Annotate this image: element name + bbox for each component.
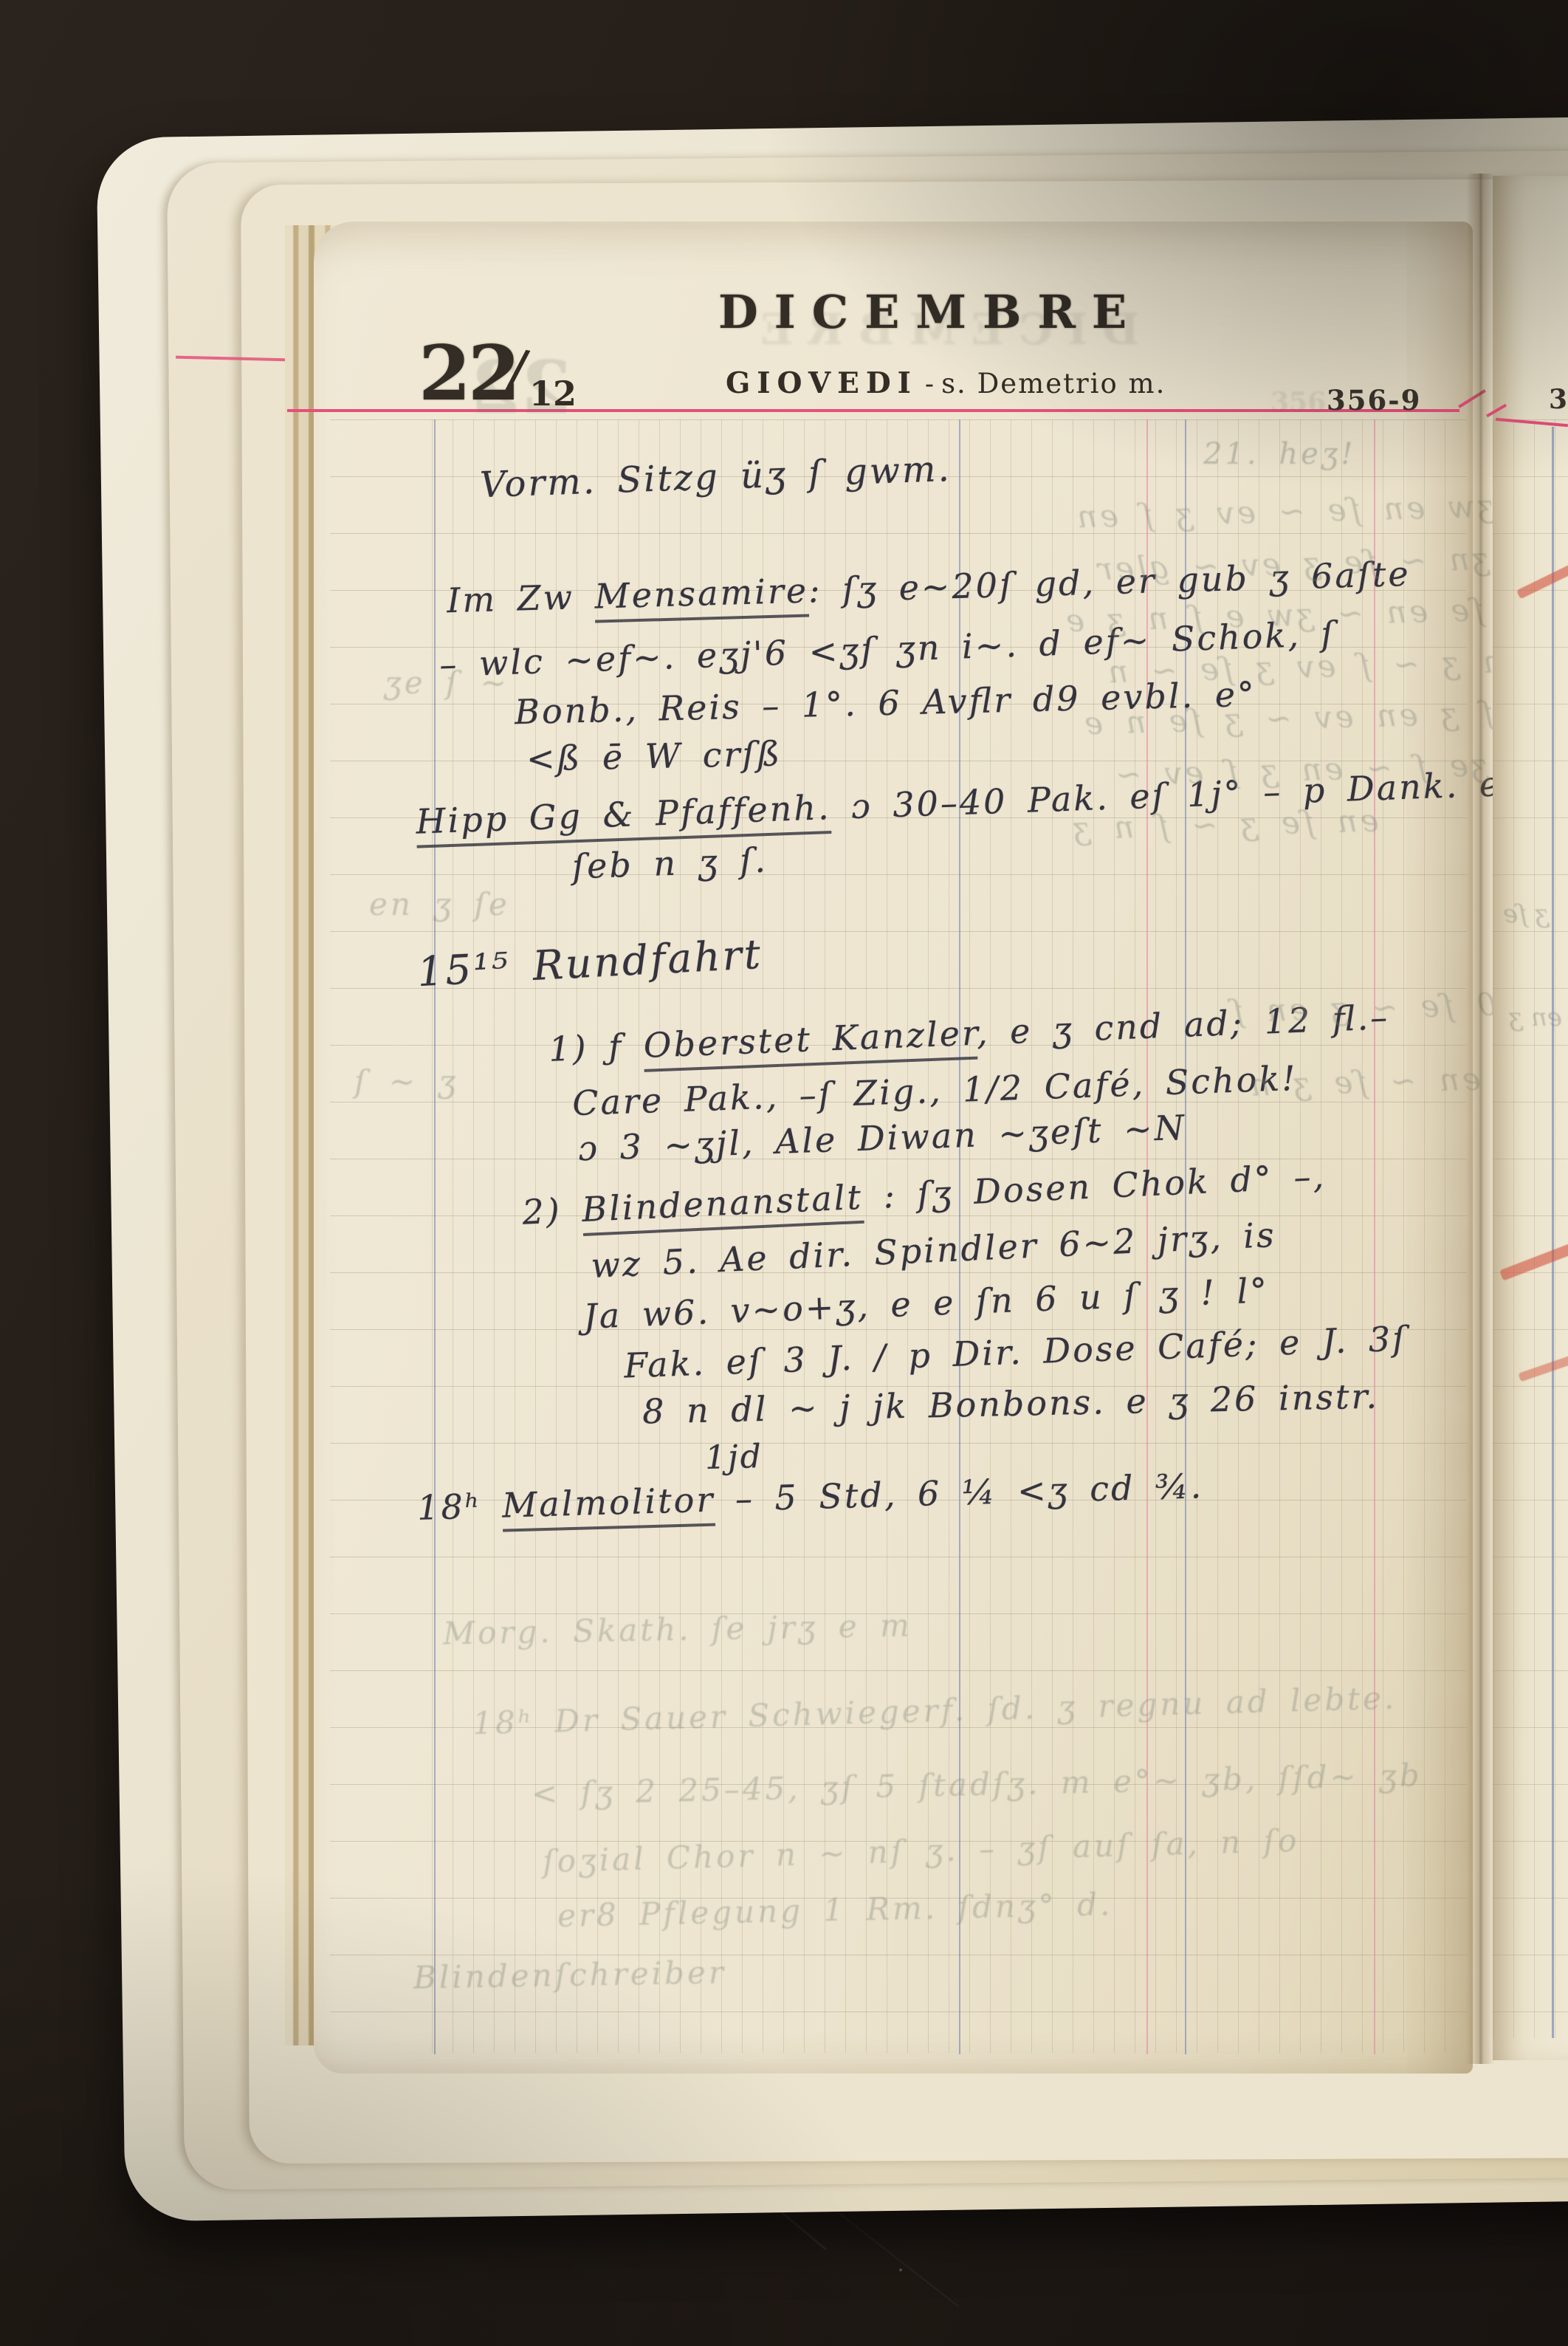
entry-text: 1) ƒ [548, 1026, 644, 1069]
diary-page-left: 22 22 / 12 DICEMBRE DICEMBRE GIOVEDI-s. … [314, 222, 1473, 2074]
separator-dash: - [925, 369, 934, 399]
diary-page-right-sliver: 3 ʒ ſe en ʒ [1493, 176, 1568, 2060]
showthrough-line: ʒ ſe [1503, 899, 1550, 929]
entry-text: ſeb n ʒ ſ. [571, 840, 768, 886]
book-gutter [1466, 174, 1494, 2064]
saint-of-day: s. Demetrio m. [941, 368, 1166, 399]
dust-speck [899, 2268, 902, 2271]
handwritten-entry: 1jd [704, 1438, 763, 1477]
photo-background: 22 22 / 12 DICEMBRE DICEMBRE GIOVEDI-s. … [0, 0, 1568, 2346]
showthrough-page-ref: 356 [1270, 387, 1326, 418]
weekday-label: GIOVEDI [726, 366, 918, 400]
entry-text: <ß ē W crſß [526, 733, 782, 778]
page-reference-number: 356-9 [1327, 384, 1421, 416]
showthrough-line: en ʒ ſe [369, 886, 510, 922]
entry-text: 2) [521, 1190, 582, 1232]
day-number: 22 [419, 329, 517, 418]
entry-text: 18ʰ [416, 1486, 503, 1528]
entry-text-underlined: Malmolitor [501, 1480, 715, 1532]
showthrough-line: en ʒ [1509, 1003, 1562, 1032]
weekday-saint-line: GIOVEDI-s. Demetrio m. [726, 366, 1166, 400]
page-reference-number-partial: 3 [1549, 384, 1567, 415]
showthrough-line: ʒe ſ ~ [384, 665, 509, 701]
blue-margin-rule [1552, 427, 1554, 2038]
showthrough-line: ſ ~ ʒ [354, 1063, 458, 1100]
faded-pencil-line: 21. heʒ! [1203, 437, 1355, 471]
entry-text: 1jd [704, 1438, 763, 1477]
handwritten-entry: <ß ē W crſß [526, 733, 782, 778]
faded-pencil-line: Blindenſchreiber [413, 1954, 727, 1995]
month-number: 12 [529, 374, 577, 414]
month-title: DICEMBRE [718, 285, 1143, 339]
ruled-lines-right-page [1493, 419, 1568, 2038]
handwritten-entry: ſeb n ʒ ſ. [571, 840, 768, 886]
entry-text: Im Zw [447, 577, 596, 621]
entry-text-underlined: Mensamire [594, 571, 809, 623]
